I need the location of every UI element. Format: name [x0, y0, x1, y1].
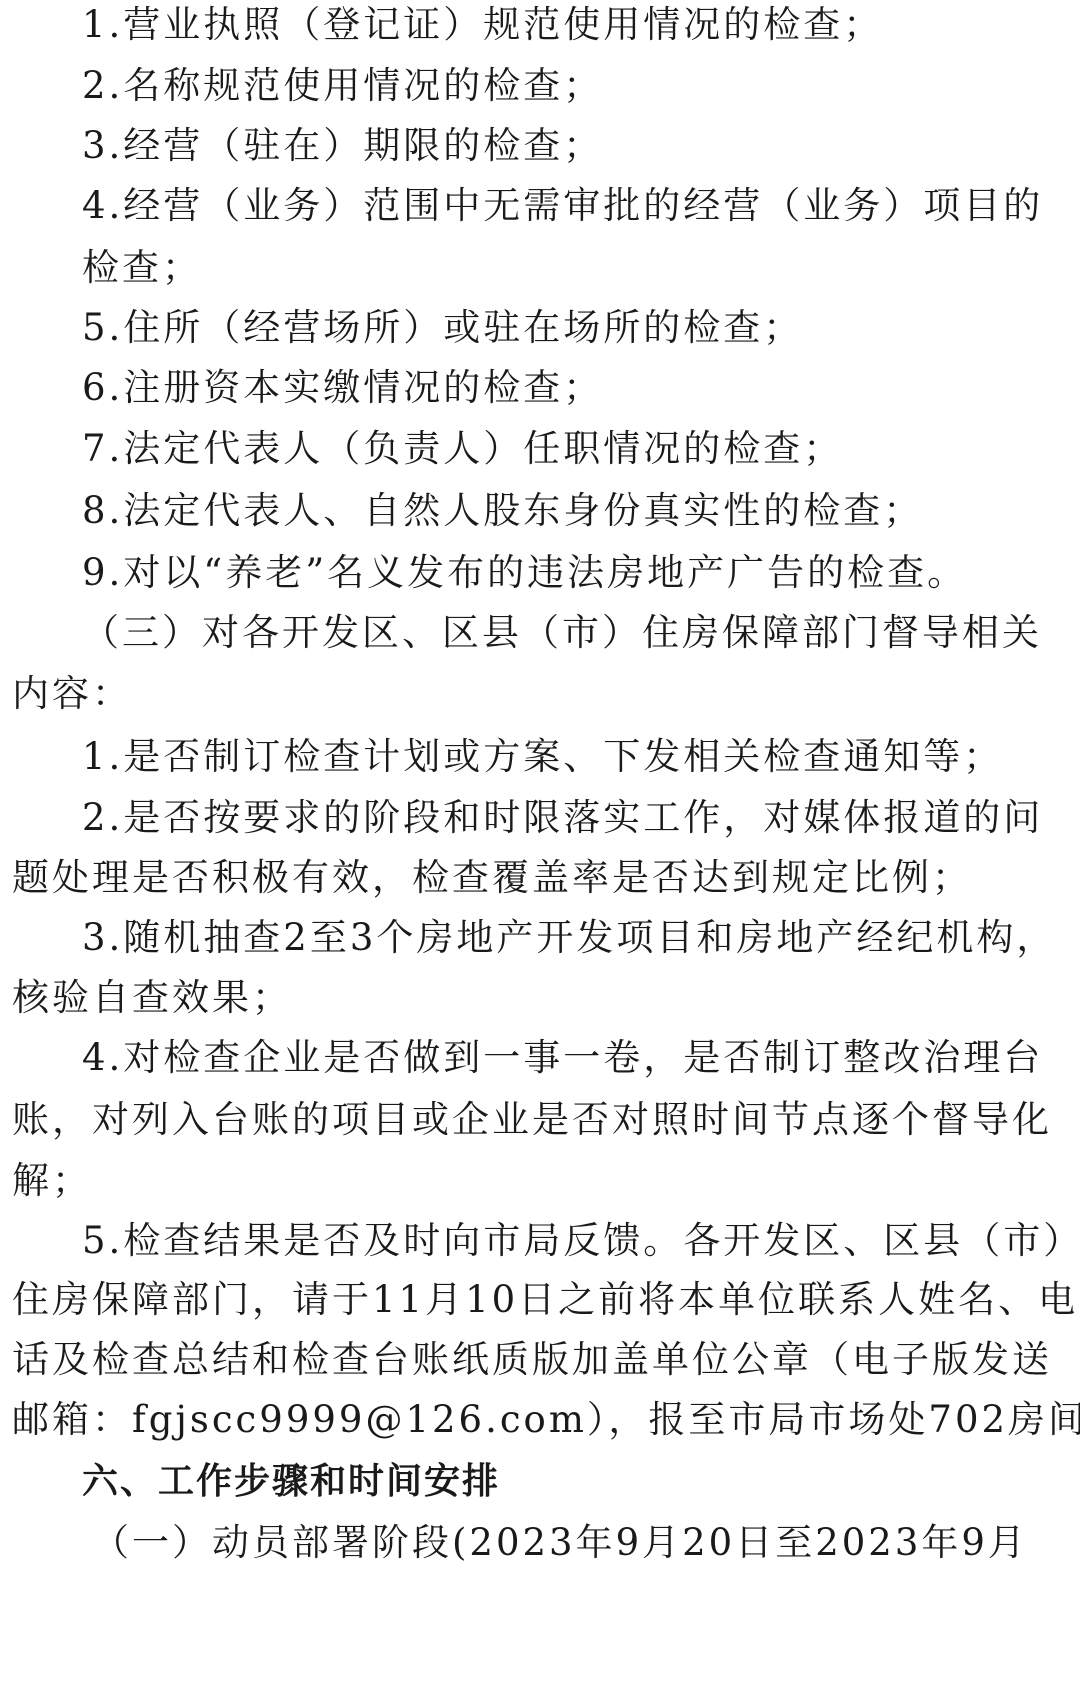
- section-heading-work-steps: 六、工作步骤和时间安排: [82, 1460, 500, 1504]
- list-item-feedback: 5.检查结果是否及时向市局反馈。各开发区、区县（市）: [82, 1219, 1080, 1263]
- list-item-one-file-per-case-end: 解；: [12, 1159, 92, 1203]
- list-item-random-sampling: 3.随机抽查2至3个房地产开发项目和房地产经纪机构，: [82, 916, 1056, 960]
- list-item-random-sampling-cont: 核验自查效果；: [12, 976, 292, 1020]
- document-page: 1.营业执照（登记证）规范使用情况的检查； 2.名称规范使用情况的检查； 3.经…: [0, 0, 1080, 1693]
- list-item-feedback-email: 邮箱：fgjscc9999@126.com），报至市局市场处702房间。: [12, 1398, 1080, 1442]
- list-item-operating-period-check: 3.经营（驻在）期限的检查；: [82, 124, 603, 168]
- list-item-identity-authenticity-check: 8.法定代表人、自然人股东身份真实性的检查；: [82, 489, 923, 533]
- list-item-elderly-ad-check: 9.对以“养老”名义发布的违法房地产广告的检查。: [82, 551, 967, 595]
- list-item-registered-capital-check: 6.注册资本实缴情况的检查；: [82, 366, 603, 410]
- list-item-feedback-cont-2: 话及检查总结和检查台账纸质版加盖单位公章（电子版发送: [12, 1338, 1052, 1382]
- subsection-three-heading-cont: 内容：: [12, 672, 132, 716]
- list-item-stage-deadline: 2.是否按要求的阶段和时限落实工作，对媒体报道的问: [82, 796, 1043, 840]
- list-item-one-file-per-case-cont: 账，对列入台账的项目或企业是否对照时间节点逐个督导化: [12, 1098, 1052, 1142]
- list-item-business-scope-check: 4.经营（业务）范围中无需审批的经营（业务）项目的: [82, 184, 1043, 228]
- list-item-premises-check: 5.住所（经营场所）或驻在场所的检查；: [82, 306, 803, 350]
- list-item-business-license-check: 1.营业执照（登记证）规范使用情况的检查；: [82, 3, 883, 47]
- list-item-stage-deadline-cont: 题处理是否积极有效，检查覆盖率是否达到规定比例；: [12, 856, 972, 900]
- subsection-three-heading: （三）对各开发区、区县（市）住房保障部门督导相关: [82, 611, 1042, 655]
- list-item-one-file-per-case: 4.对检查企业是否做到一事一卷，是否制订整改治理台: [82, 1036, 1043, 1080]
- list-item-business-scope-check-cont: 检查；: [82, 246, 202, 290]
- list-item-legal-rep-appointment-check: 7.法定代表人（负责人）任职情况的检查；: [82, 427, 843, 471]
- subsection-mobilization-stage: （一）动员部署阶段(2023年9月20日至2023年9月: [92, 1521, 1028, 1565]
- list-item-name-usage-check: 2.名称规范使用情况的检查；: [82, 64, 603, 108]
- list-item-feedback-cont: 住房保障部门，请于11月10日之前将本单位联系人姓名、电: [12, 1278, 1078, 1322]
- list-item-inspection-plan: 1.是否制订检查计划或方案、下发相关检查通知等；: [82, 735, 1003, 779]
